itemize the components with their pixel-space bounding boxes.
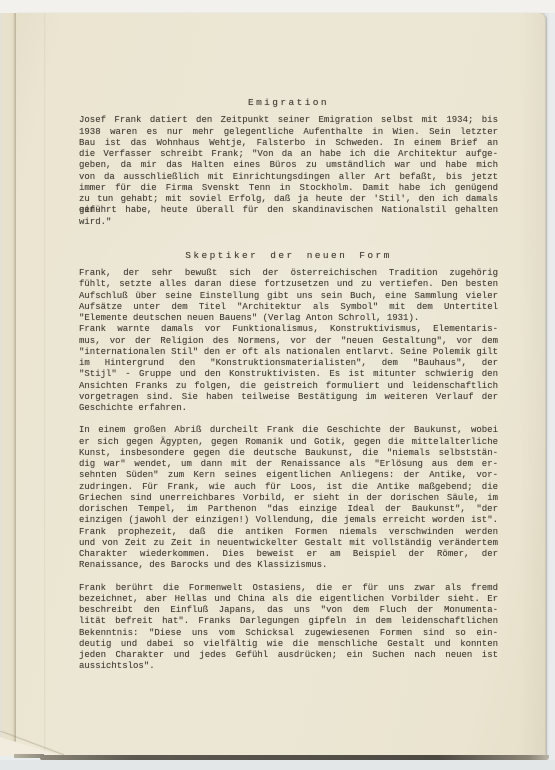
text-line: von da ausschließlich mit Einrichtungsdi… xyxy=(79,172,498,183)
text-line: geführt habe, heute überall für den skan… xyxy=(79,205,498,216)
text-line: Bekenntnis: "Diese uns vom Schicksal zug… xyxy=(79,628,498,639)
text-line: sehnten Süden" zum Kern seines eigentlic… xyxy=(79,470,498,481)
text-line: bezeichnet, aber Hellas und China als di… xyxy=(79,594,498,605)
text-line: vorgetragen sind. Sie haben teilweise Be… xyxy=(79,392,498,403)
text-line: beschreibt den Einfluß Japans, das uns "… xyxy=(79,605,498,616)
text-line: Frank, der sehr bewußt sich der österrei… xyxy=(79,268,498,279)
text-line: "Elemente deutschen neuen Bauens" (Verla… xyxy=(79,313,498,324)
page-bottom-shadow xyxy=(40,755,549,760)
text-line: Geschichte erfahren. xyxy=(79,403,498,414)
text-line: lität befreit hat". Franks Darlegungen g… xyxy=(79,616,498,627)
text-line: und von Zeit zu Zeit in neuentwickelter … xyxy=(79,538,498,549)
text-line: jeden Charakter und jedes Gefühl ausdrüc… xyxy=(79,650,498,661)
paragraph: Josef Frank datiert den Zeitpunkt seiner… xyxy=(79,115,498,228)
text-line: fühlt, setzte alles daran diese fortzuse… xyxy=(79,279,498,290)
scanner-background-top xyxy=(0,0,555,14)
text-line: er sich gegen Ägypten, gegen Romanik und… xyxy=(79,437,498,448)
paragraph: Frank warnte damals vor Funktionalismus,… xyxy=(79,324,498,414)
text-line: geben, da mir das Halten eines Büros zu … xyxy=(79,160,498,171)
text-line: deutig und dabei so vielfältig wie die m… xyxy=(79,639,498,650)
paragraph: Frank, der sehr bewußt sich der österrei… xyxy=(79,268,498,324)
text-line: mus, vor der Religion des Normens, vor d… xyxy=(79,336,498,347)
text-line: Frank berührt die Formenwelt Ostasiens, … xyxy=(79,583,498,594)
previous-page-edge xyxy=(0,13,16,756)
text-line: Aufschluß über seine Einstellung gibt un… xyxy=(79,291,498,302)
section-heading: Emigration xyxy=(79,97,498,108)
book-page: EmigrationJosef Frank datiert den Zeitpu… xyxy=(16,13,546,756)
text-line: Frank prophezeit, daß die antiken Formen… xyxy=(79,527,498,538)
text-line: Kunst, insbesondere gegen die deutsche B… xyxy=(79,448,498,459)
text-line: Griechen sind unerreichbares Vorbild, er… xyxy=(79,493,498,504)
text-line: Frank warnte damals vor Funktionalismus,… xyxy=(79,324,498,335)
text-line: dig war" wendet, um dann mit der Renaiss… xyxy=(79,459,498,470)
text-line: einzigen (jawohl der einzigen!) Vollendu… xyxy=(79,515,498,526)
text-line: die Verfasser schreibt Frank; "Von da an… xyxy=(79,149,498,160)
text-line: immer für die Firma Svenskt Tenn in Stoc… xyxy=(79,183,498,194)
text-line: Bau ist das Wohnhaus Wehtje, Falsterbo i… xyxy=(79,138,498,149)
text-line: Aufsätze unter dem Titel "Architektur al… xyxy=(79,302,498,313)
text-line: im Hintergrund den "Konstruktionsmateria… xyxy=(79,358,498,369)
text-line: "Stijl" - Gruppe und den Konstruktiviste… xyxy=(79,369,498,380)
page-content: EmigrationJosef Frank datiert den Zeitpu… xyxy=(79,97,498,673)
scanner-background-right xyxy=(546,13,555,760)
text-line: Ansichten Franks zu folgen, die geistrei… xyxy=(79,381,498,392)
text-line: dorischen Tempel, im Parthenon "das einz… xyxy=(79,504,498,515)
text-line: wird." xyxy=(79,217,498,228)
text-line: In einem großen Abriß durcheilt Frank di… xyxy=(79,425,498,436)
scanner-background-bottom xyxy=(0,760,555,770)
text-line: "internationalen Stil" den er oft als na… xyxy=(79,347,498,358)
paragraph: In einem großen Abriß durcheilt Frank di… xyxy=(79,425,498,571)
text-line: Charakter wiederkommen. Dies beweist er … xyxy=(79,549,498,560)
paragraph: Frank berührt die Formenwelt Ostasiens, … xyxy=(79,583,498,673)
text-line: Josef Frank datiert den Zeitpunkt seiner… xyxy=(79,115,498,126)
text-line: zudringen. Für Frank, wie auch für Loos,… xyxy=(79,482,498,493)
text-line: aussichtslos". xyxy=(79,661,498,672)
text-line: Renaissance, des Barocks und des Klassiz… xyxy=(79,560,498,571)
section-heading: Skeptiker der neuen Form xyxy=(79,250,498,261)
text-line: zu tun gehabt; mit soviel Erfolg, daß ja… xyxy=(79,194,498,205)
page-corner-fold-crease xyxy=(0,731,64,755)
text-line: 1938 waren es nur mehr gelegentliche Auf… xyxy=(79,127,498,138)
